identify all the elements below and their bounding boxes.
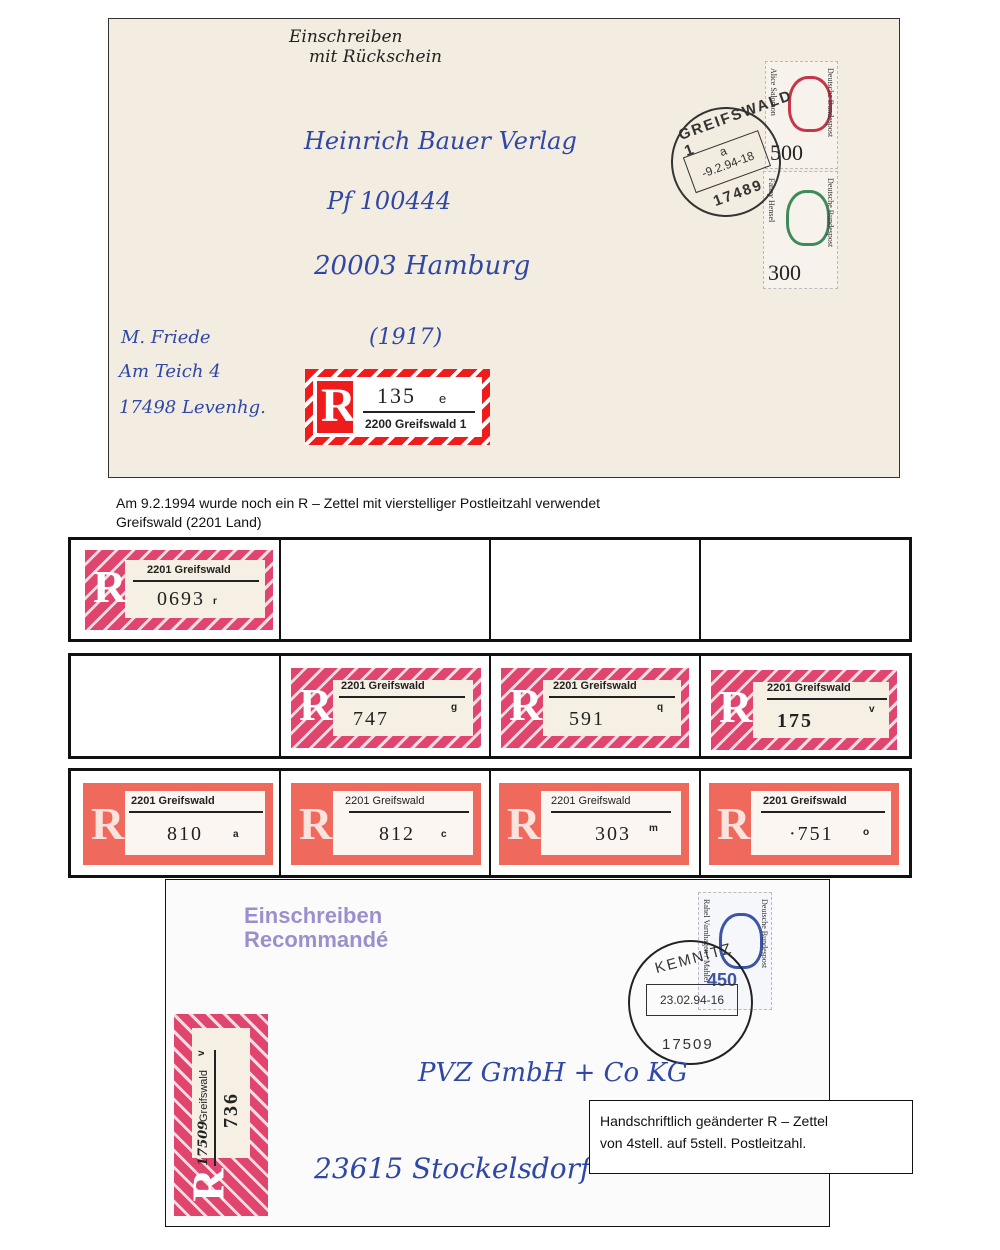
handwritten-zip: 17509 [196,1121,211,1166]
einschreiben-text: Einschreiben [244,904,388,928]
r-office: 2201 Greifswald [131,795,215,807]
recipient-line-4: (1917) [369,325,442,350]
grid-cell: R 2201 Greifswald q 591 [491,656,701,756]
postmark-city: KEMNITZ [653,940,735,977]
r-label: R 2201 Greifswald 812 c [291,783,481,865]
stamp-issuer: Deutsche Bundespost [760,899,769,968]
grid-cell: R 2201 Greifswald 303 m [491,771,701,875]
recipient-line-1: Heinrich Bauer Verlag [304,127,577,155]
r-letter: R [321,379,356,433]
label-grid-row-3: R 2201 Greifswald 810 a R 2201 Greifswal… [68,768,912,878]
r-suffix: m [649,823,658,834]
r-suffix: a [233,829,239,840]
grid-cell: R 2201 Greifswald v 175 [701,656,909,756]
caption-line-2: Greifswald (2201 Land) [116,513,262,531]
grid-cell-empty [701,540,909,639]
portrait-icon [786,190,830,246]
r-office: Greifswald [198,1070,210,1122]
recipient-line-2: Pf 100444 [327,187,451,215]
note-line-2: von 4stell. auf 5stell. Postleitzahl. [600,1132,902,1154]
r-number: 303 [595,823,631,846]
recipient-line-2: 23615 Stockelsdorf [314,1152,590,1185]
grid-cell: R 2201 Greifswald 810 a [71,771,281,875]
r-label: R 2201 Greifswald 303 m [499,783,689,865]
r-label: R 2201 Greifswald ·751 o [709,783,899,865]
r-suffix: r [213,596,217,607]
sender-line-1: M. Friede [121,327,211,348]
r-label: R 2201 Greifswald v 175 [711,670,897,750]
r-number: 591 [569,708,605,731]
sender-line-3: 17498 Levenhg. [119,397,266,418]
r-suffix: o [863,827,869,838]
r-office: 2200 Greifswald 1 [365,417,466,431]
postmark-date: 23.02.94-16 [646,984,738,1016]
r-number: 175 [777,710,813,733]
r-office: 2201 Greifswald [763,795,847,807]
recipient-line-1: PVZ GmbH + Co KG [418,1058,688,1088]
postmark-zip: 17509 [662,1036,714,1053]
r-number: 747 [353,708,389,731]
caption-line-1: Am 9.2.1994 wurde noch ein R – Zettel mi… [116,494,600,512]
stamp-issuer: Deutsche Bundespost [826,178,835,247]
r-suffix: v [869,704,875,715]
r-office: 2201 Greifswald [345,795,425,807]
grid-cell: R 2201 Greifswald 0693 r [71,540,281,639]
r-office: 2201 Greifswald [147,564,231,576]
r-office: 2201 Greifswald [551,795,631,807]
recommande-text: Recommandé [244,928,388,952]
note-box: Handschriftlich geänderter R – Zettel vo… [589,1100,913,1174]
r-label-content: 17509 Greifswald 736 v [194,1046,254,1166]
r-suffix: v [196,1050,207,1056]
envelope-top: Einschreiben mit Rückschein Heinrich Bau… [108,18,900,478]
note-line-1: Handschriftlich geänderter R – Zettel [600,1110,902,1132]
r-suffix: c [441,829,447,840]
r-number: 135 [377,383,416,409]
r-number: 810 [167,823,203,846]
r-number: ·751 [789,823,834,846]
label-grid-row-1: R 2201 Greifswald 0693 r [68,537,912,642]
r-number: 0693 [157,588,205,611]
label-grid-row-2: R 2201 Greifswald g 747 R 2201 Greifswal… [68,653,912,759]
envelope-bottom: Einschreiben Recommandé Rahel Varnhagen … [165,879,830,1227]
sender-line-2: Am Teich 4 [119,361,221,382]
grid-cell-empty [281,540,491,639]
postmark-kemnitz: KEMNITZ 23.02.94-16 17509 [628,940,753,1065]
r-office: 2201 Greifswald [341,680,425,692]
handwriting-rueckschein: mit Rückschein [309,47,442,67]
r-office: 2201 Greifswald [553,680,637,692]
grid-cell: R 2201 Greifswald ·751 o [701,771,909,875]
grid-cell: R 2201 Greifswald 812 c [281,771,491,875]
stamp-value: 300 [768,260,801,286]
grid-cell-empty [71,656,281,756]
stamp-issuer: Deutsche Bundespost [826,68,835,137]
r-suffix: g [451,702,457,713]
r-label-736: R 17509 Greifswald 736 v [174,1014,268,1216]
r-number: 736 [220,1092,243,1128]
r-label: R 2201 Greifswald 0693 r [85,550,273,630]
r-suffix: q [657,702,663,713]
handwriting-einschreiben: Einschreiben [289,27,403,47]
r-number: 812 [379,823,415,846]
r-label-135: R 135 e 2200 Greifswald 1 [305,369,490,445]
r-label: R 2201 Greifswald g 747 [291,668,481,748]
grid-cell-empty [491,540,701,639]
grid-cell: R 2201 Greifswald g 747 [281,656,491,756]
r-suffix: e [439,391,446,406]
r-label: R 2201 Greifswald q 591 [501,668,689,748]
r-office: 2201 Greifswald [767,682,851,694]
r-label: R 2201 Greifswald 810 a [83,783,273,865]
recipient-line-3: 20003 Hamburg [314,251,530,281]
einschreiben-stamp: Einschreiben Recommandé [244,904,388,952]
